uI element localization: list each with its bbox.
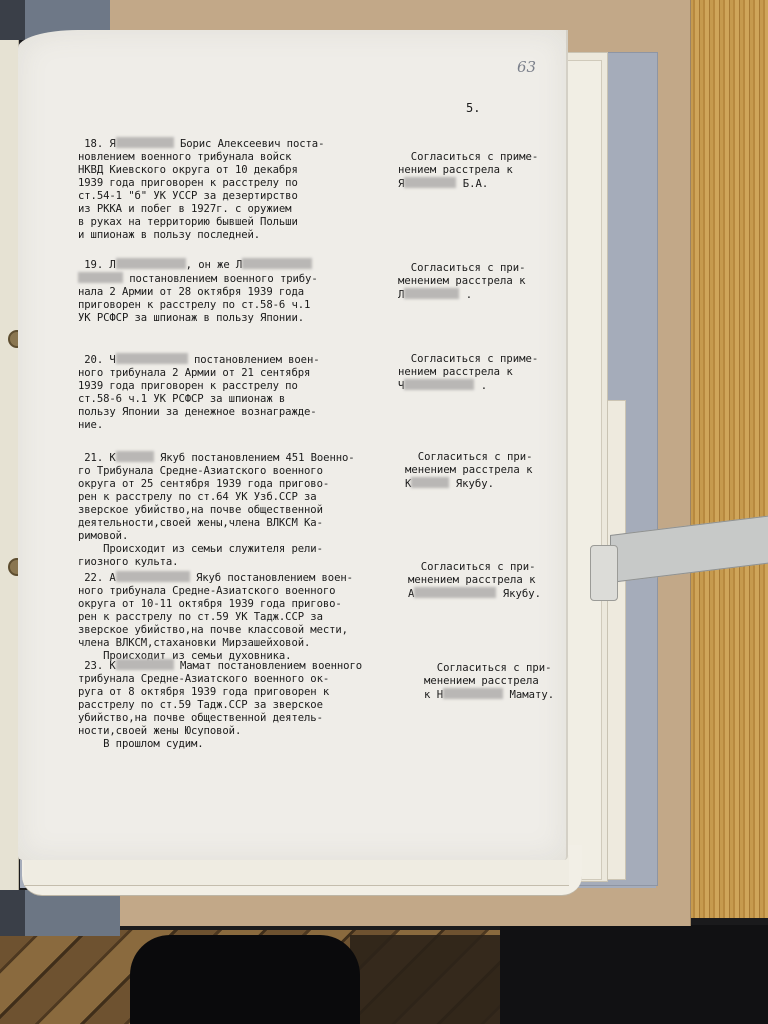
entry-line: новлением военного трибунала войск xyxy=(78,151,324,164)
entry-text: ние. xyxy=(78,419,103,431)
case-entry: 19. Л, он же Л постановлением военного т… xyxy=(78,258,318,325)
entry-line: нала 2 Армии от 28 октября 1939 года xyxy=(78,286,318,299)
entry-text: 1939 года приговорен к расстрелу по xyxy=(78,177,298,189)
entry-line: пользу Японии за денежное вознагражде- xyxy=(78,406,320,419)
entry-line: постановлением военного трибу- xyxy=(78,272,318,286)
resolution-line: А Якубу. xyxy=(408,587,541,601)
binder-spine xyxy=(0,0,25,40)
entry-line: приговорен к расстрелу по ст.58-6 ч.1 xyxy=(78,299,318,312)
entry-line: ст.58-6 ч.1 УК РСФСР за шпионаж в xyxy=(78,393,320,406)
entry-text: зверское убийство,на почве общественной xyxy=(78,504,323,516)
redacted-surname xyxy=(116,258,186,269)
resolution-name: Якубу. xyxy=(496,588,541,600)
entry-line: из РККА и побег в 1927г. с оружием xyxy=(78,203,324,216)
entry-line: в руках на территорию бывшей Польши xyxy=(78,216,324,229)
entry-line: 1939 года приговорен к расстрелу по xyxy=(78,380,320,393)
resolution-line: к Н Мамату. xyxy=(424,688,554,702)
entry-text: ст.54-1 "б" УК УССР за дезертирство xyxy=(78,190,298,202)
entry-line: 20. Ч постановлением воен- xyxy=(78,353,320,367)
entry-line: руга от 8 октября 1939 года приговорен к xyxy=(78,686,362,699)
entry-text: нала 2 Армии от 28 октября 1939 года xyxy=(78,286,304,298)
entry-line: 1939 года приговорен к расстрелу по xyxy=(78,177,324,190)
floor-shadow xyxy=(130,935,360,1024)
resolution-line: менением расстрела к xyxy=(405,464,533,477)
resolution-line: Согласиться с при- xyxy=(424,662,554,675)
floor-shadow xyxy=(500,925,768,1024)
entry-text: , он же Л xyxy=(186,259,243,271)
resolution-name: . xyxy=(474,380,487,392)
entry-text: из РККА и побег в 1927г. с оружием xyxy=(78,203,291,215)
entry-text: в руках на территорию бывшей Польши xyxy=(78,216,298,228)
entry-text: римовой. xyxy=(78,530,128,542)
entry-line: и шпионаж в пользу последней. xyxy=(78,229,324,242)
entry-text: округа от 25 сентября 1939 года пригово- xyxy=(78,478,329,490)
entry-text: В прошлом судим. xyxy=(78,738,204,750)
resolution: Согласиться с при-менением расстрела кК … xyxy=(405,451,533,491)
resolution: Согласиться с при-менением расстрела кА … xyxy=(408,561,541,601)
entry-text: расстрелу по ст.59 Тадж.ССР за зверское xyxy=(78,699,323,711)
resolution-line: менением расстрела к xyxy=(408,574,541,587)
entry-text: УК РСФСР за шпионаж в пользу Японии. xyxy=(78,312,304,324)
redacted-surname xyxy=(116,659,174,670)
entry-text: Якуб постановлением 451 Военно- xyxy=(154,452,355,464)
entry-text: пользу Японии за денежное вознагражде- xyxy=(78,406,317,418)
resolution-name: Мамату. xyxy=(503,689,554,701)
entry-line: зверское убийство,на почве классовой мес… xyxy=(78,624,353,637)
entry-line: округа от 10-11 октября 1939 года пригов… xyxy=(78,598,353,611)
case-entry: 20. Ч постановлением воен-ного трибунала… xyxy=(78,353,320,432)
resolution-line: Я Б.А. xyxy=(398,177,538,191)
resolution-line: нением расстрела к xyxy=(398,164,538,177)
entry-line: римовой. xyxy=(78,530,355,543)
resolution: Согласиться с при-менением расстрелак Н … xyxy=(424,662,554,702)
redacted-surname xyxy=(414,587,496,598)
redacted-surname xyxy=(443,688,503,699)
entry-text: приговорен к расстрелу по ст.58-6 ч.1 xyxy=(78,299,310,311)
entry-text: ст.58-6 ч.1 УК РСФСР за шпионаж в xyxy=(78,393,285,405)
entry-number: 19. Л xyxy=(78,259,116,271)
resolution-name: Якубу. xyxy=(449,478,494,490)
entry-text: ности,своей жены Юсуповой. xyxy=(78,725,241,737)
entry-line: ст.54-1 "б" УК УССР за дезертирство xyxy=(78,190,324,203)
entry-text: Борис Алексеевич поста- xyxy=(174,138,325,150)
entry-line: убийство,на почве общественной деятель- xyxy=(78,712,362,725)
resolution-name: . xyxy=(459,289,472,301)
entry-text: убийство,на почве общественной деятель- xyxy=(78,712,323,724)
entry-number: 18. Я xyxy=(78,138,116,150)
entry-line: В прошлом судим. xyxy=(78,738,362,751)
entry-text: деятельности,своей жены,члена ВЛКСМ Ка- xyxy=(78,517,323,529)
entry-text: зверское убийство,на почве классовой мес… xyxy=(78,624,348,636)
entry-line: НКВД Киевского округа от 10 декабря xyxy=(78,164,324,177)
floor-shadow xyxy=(350,935,510,1024)
entry-text: трибунала Средне-Азиатского военного ок- xyxy=(78,673,329,685)
redacted-surname xyxy=(411,477,449,488)
entry-line: трибунала Средне-Азиатского военного ок- xyxy=(78,673,362,686)
entry-line: 23. К Мамат постановлением военного xyxy=(78,659,362,673)
entry-text: постановлением воен- xyxy=(188,354,320,366)
resolution-line: менением расстрела к xyxy=(398,275,526,288)
redacted-surname xyxy=(404,177,456,188)
clamp-end xyxy=(590,545,618,601)
folio-number: 63 xyxy=(517,58,536,76)
left-page-edge xyxy=(0,40,19,890)
entry-text: го Трибунала Средне-Азиатского военного xyxy=(78,465,323,477)
entry-line: УК РСФСР за шпионаж в пользу Японии. xyxy=(78,312,318,325)
entry-line: ние. xyxy=(78,419,320,432)
resolution-line: Согласиться с приме- xyxy=(398,151,538,164)
entry-text: округа от 10-11 октября 1939 года пригов… xyxy=(78,598,342,610)
entry-number: 21. К xyxy=(78,452,116,464)
redacted-surname xyxy=(404,288,459,299)
entry-line: ности,своей жены Юсуповой. xyxy=(78,725,362,738)
entry-text: НКВД Киевского округа от 10 декабря xyxy=(78,164,298,176)
entry-line: округа от 25 сентября 1939 года пригово- xyxy=(78,478,355,491)
page-number: 5. xyxy=(466,101,480,115)
entry-text: 1939 года приговорен к расстрелу по xyxy=(78,380,298,392)
entry-line: го Трибунала Средне-Азиатского военного xyxy=(78,465,355,478)
redacted-surname xyxy=(242,258,312,269)
entry-text: ного трибунала 2 Армии от 21 сентября xyxy=(78,367,310,379)
entry-text: Якуб постановлением воен- xyxy=(190,572,353,584)
resolution-line: менением расстрела xyxy=(424,675,554,688)
resolution-name: Б.А. xyxy=(456,178,488,190)
entry-text: ного трибунала Средне-Азиатского военног… xyxy=(78,585,335,597)
entry-line: 22. А Якуб постановлением воен- xyxy=(78,571,353,585)
entry-line: ного трибунала Средне-Азиатского военног… xyxy=(78,585,353,598)
resolution-line: Л . xyxy=(398,288,526,302)
entry-number: 22. А xyxy=(78,572,116,584)
metal-clamp xyxy=(590,527,768,597)
entry-line: деятельности,своей жены,члена ВЛКСМ Ка- xyxy=(78,517,355,530)
case-entry: 23. К Мамат постановлением военноготрибу… xyxy=(78,659,362,751)
entry-line: зверское убийство,на почве общественной xyxy=(78,504,355,517)
resolution-line: Согласиться с при- xyxy=(408,561,541,574)
redacted-surname xyxy=(404,379,474,390)
entry-text: Мамат постановлением военного xyxy=(174,660,362,672)
resolution-line: К Якубу. xyxy=(405,477,533,491)
entry-line: ного трибунала 2 Армии от 21 сентября xyxy=(78,367,320,380)
entry-line: гиозного культа. xyxy=(78,556,355,569)
resolution: Согласиться с приме-нением расстрела кЯ … xyxy=(398,151,538,191)
entry-text: рен к расстрелу по ст.59 УК Тадж.ССР за xyxy=(78,611,323,623)
redacted-surname xyxy=(116,571,190,582)
entry-text: Происходит из семьи служителя рели- xyxy=(78,543,323,555)
resolution-line: Согласиться с при- xyxy=(405,451,533,464)
entry-text: новлением военного трибунала войск xyxy=(78,151,291,163)
entry-text: постановлением военного трибу- xyxy=(123,273,318,285)
redacted-surname xyxy=(116,451,154,462)
binder-cover xyxy=(25,890,120,936)
resolution-line: Ч . xyxy=(398,379,538,393)
resolution: Согласиться с приме-нением расстрела кЧ … xyxy=(398,353,538,393)
entry-line: 21. К Якуб постановлением 451 Военно- xyxy=(78,451,355,465)
entry-line: 18. Я Борис Алексеевич поста- xyxy=(78,137,324,151)
entry-number: 23. К xyxy=(78,660,116,672)
resolution: Согласиться с при-менением расстрела кЛ … xyxy=(398,262,526,302)
resolution-line: Согласиться с приме- xyxy=(398,353,538,366)
resolution-initial: к Н xyxy=(424,689,443,701)
entry-text: руга от 8 октября 1939 года приговорен к xyxy=(78,686,329,698)
entry-text: и шпионаж в пользу последней. xyxy=(78,229,260,241)
case-entry: 22. А Якуб постановлением воен-ного триб… xyxy=(78,571,353,663)
entry-line: 19. Л, он же Л xyxy=(78,258,318,272)
entry-text: члена ВЛКСМ,стахановки Мирзашейховой. xyxy=(78,637,310,649)
redacted-surname xyxy=(116,137,174,148)
case-entry: 18. Я Борис Алексеевич поста-новлением в… xyxy=(78,137,324,242)
entry-text: рен к расстрелу по ст.64 УК Узб.ССР за xyxy=(78,491,317,503)
wooden-desk xyxy=(680,0,768,918)
entry-line: рен к расстрелу по ст.64 УК Узб.ССР за xyxy=(78,491,355,504)
case-entry: 21. К Якуб постановлением 451 Военно-го … xyxy=(78,451,355,569)
resolution-line: Согласиться с при- xyxy=(398,262,526,275)
redacted-surname xyxy=(116,353,188,364)
binder-spine xyxy=(0,890,25,936)
entry-number: 20. Ч xyxy=(78,354,116,366)
entry-line: члена ВЛКСМ,стахановки Мирзашейховой. xyxy=(78,637,353,650)
entry-line: расстрелу по ст.59 Тадж.ССР за зверское xyxy=(78,699,362,712)
redacted-surname xyxy=(78,272,123,283)
resolution-line: нением расстрела к xyxy=(398,366,538,379)
entry-line: Происходит из семьи служителя рели- xyxy=(78,543,355,556)
entry-line: рен к расстрелу по ст.59 УК Тадж.ССР за xyxy=(78,611,353,624)
entry-text: гиозного культа. xyxy=(78,556,178,568)
